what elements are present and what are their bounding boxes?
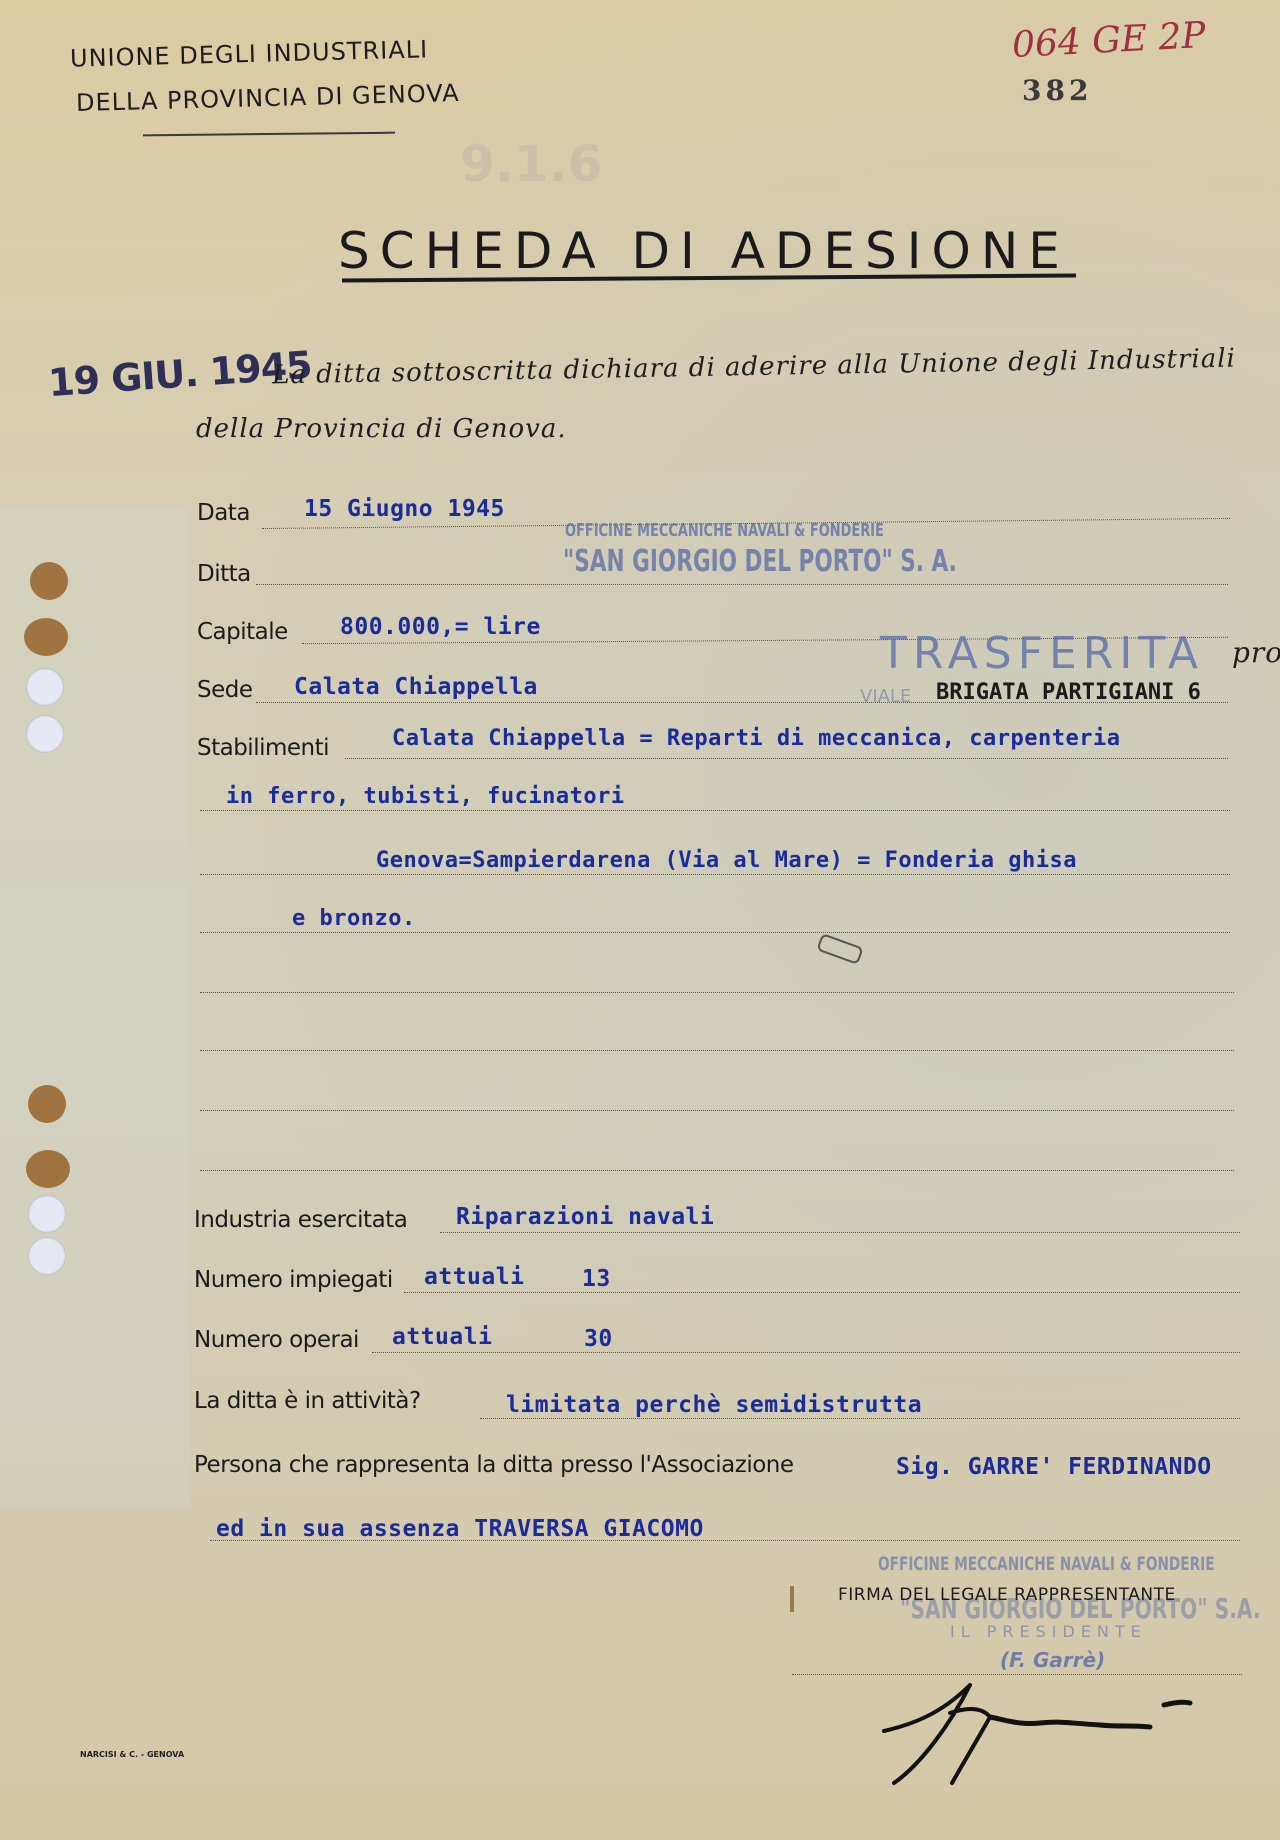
binding-mark <box>790 1586 794 1612</box>
data-value: 15 Giugno 1945 <box>304 496 505 522</box>
faint-bleed-mark: 9.1.6 <box>460 135 602 193</box>
transfer-prefix: VIALE <box>860 686 911 707</box>
reference-number: 382 <box>1022 74 1092 107</box>
impiegati-line <box>404 1292 1240 1293</box>
stabilimenti-line4-rule <box>200 932 1230 933</box>
handwritten-signature-icon <box>870 1665 1210 1795</box>
stabilimenti-line1-rule <box>345 758 1228 759</box>
printer-credit: NARCISI & C. - GENOVA <box>80 1750 184 1759</box>
attivita-line <box>480 1418 1240 1419</box>
sede-line <box>256 702 1228 703</box>
page-title: SCHEDA DI ADESIONE <box>338 222 1070 280</box>
rappresentante-value: Sig. GARRE' FERDINANDO <box>896 1454 1212 1480</box>
capitale-label: Capitale <box>197 619 288 645</box>
rappresentante-label: Persona che rappresenta la ditta presso … <box>194 1452 794 1478</box>
stabilimenti-line1: Calata Chiappella = Reparti di meccanica… <box>392 726 1121 751</box>
punch-hole-stain <box>24 618 68 656</box>
punch-hole <box>26 668 64 706</box>
operai-qualifier: attuali <box>392 1324 492 1350</box>
blank-line <box>200 1170 1234 1171</box>
blank-line <box>200 1050 1234 1051</box>
stabilimenti-line3-rule <box>200 874 1230 875</box>
stabilimenti-line3: Genova=Sampierdarena (Via al Mare) = Fon… <box>376 848 1077 873</box>
attivita-label: La ditta è in attività? <box>194 1388 421 1414</box>
blank-line <box>200 1110 1234 1111</box>
rappresentante-value-line2: ed in sua assenza TRAVERSA GIACOMO <box>216 1516 704 1542</box>
stabilimenti-line4: e bronzo. <box>292 906 416 931</box>
industria-label: Industria esercitata <box>194 1207 407 1233</box>
operai-line <box>372 1352 1240 1353</box>
transfer-stamp: TRASFERITA <box>880 628 1204 679</box>
impiegati-qualifier: attuali <box>424 1264 524 1290</box>
stabilimenti-label: Stabilimenti <box>197 735 329 761</box>
stabilimenti-line2: in ferro, tubisti, fucinatori <box>226 784 625 809</box>
impiegati-value: 13 <box>582 1266 611 1292</box>
ditta-label: Ditta <box>197 561 251 587</box>
attivita-value: limitata perchè semidistrutta <box>506 1392 922 1418</box>
punch-hole-stain <box>28 1085 66 1123</box>
impiegati-label: Numero impiegati <box>194 1267 393 1293</box>
company-stamp-line2: "SAN GIORGIO DEL PORTO" S. A. <box>563 544 957 579</box>
industria-value: Riparazioni navali <box>456 1204 714 1230</box>
company-stamp-line1: OFFICINE MECCANICHE NAVALI & FONDERIE <box>565 520 884 541</box>
rappresentante-line2-rule <box>210 1540 1240 1541</box>
data-label: Data <box>197 500 250 526</box>
punch-hole <box>26 715 64 753</box>
operai-label: Numero operai <box>194 1327 359 1353</box>
signature-stamp-line3: IL PRESIDENTE <box>950 1622 1147 1641</box>
punch-hole-stain <box>26 1150 70 1188</box>
sede-value: Calata Chiappella <box>294 674 538 700</box>
stabilimenti-line2-rule <box>200 810 1230 811</box>
signature-label: FIRMA DEL LEGALE RAPPRESENTANTE <box>838 1585 1176 1605</box>
declaration-line2: della Provincia di Genova. <box>196 414 567 444</box>
sede-label: Sede <box>197 677 253 703</box>
punch-hole <box>28 1195 66 1233</box>
transfer-handwritten: pro <box>1232 636 1280 669</box>
punch-hole <box>28 1237 66 1275</box>
blank-line <box>200 992 1234 993</box>
industria-line <box>440 1232 1240 1233</box>
signature-stamp-line1: OFFICINE MECCANICHE NAVALI & FONDERIE <box>878 1553 1215 1575</box>
operai-value: 30 <box>584 1326 613 1352</box>
underlying-sheet-edge <box>0 508 190 1508</box>
punch-hole-stain <box>30 562 68 600</box>
capitale-value: 800.000,= lire <box>340 614 541 640</box>
ditta-line <box>256 584 1228 585</box>
